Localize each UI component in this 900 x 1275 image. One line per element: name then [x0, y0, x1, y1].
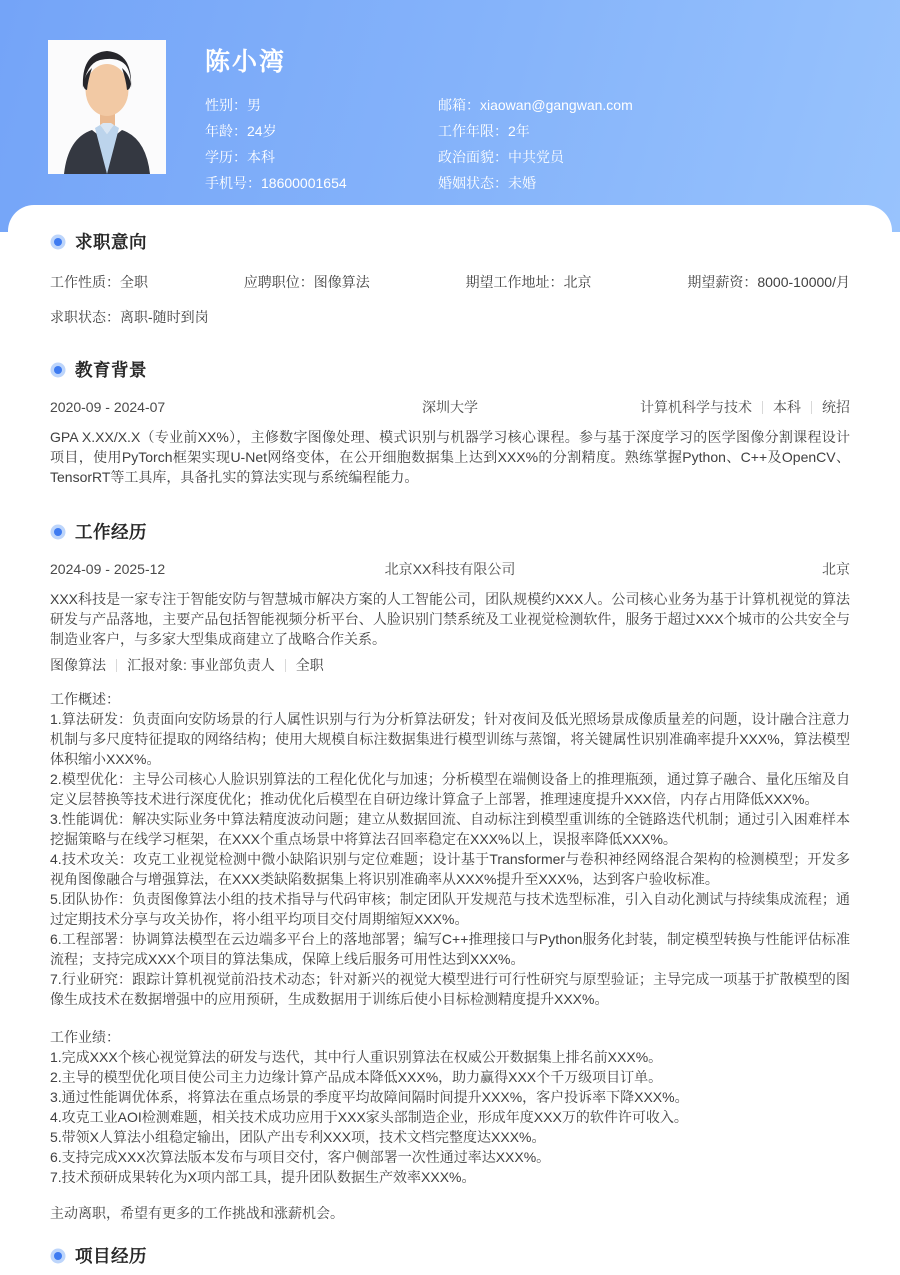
work-overview-item: 4.技术攻关：攻克工业视觉检测中微小缺陷识别与定位难题；设计基于Transfor…	[50, 849, 850, 889]
section-work-experience: 工作经历	[50, 521, 850, 543]
intent-position: 应聘职位：图像算法	[244, 275, 370, 290]
education-school: 深圳大学	[290, 399, 610, 415]
education-period: 2020-09 - 2024-07	[50, 399, 290, 415]
education-major: 计算机科学与技术	[640, 399, 752, 415]
candidate-name: 陈小湾	[205, 40, 852, 78]
work-overview-title: 工作概述：	[50, 689, 850, 709]
intent-salary: 期望薪资：8000-10000/月	[687, 275, 850, 290]
work-overview-item: 3.性能调优：解决实际业务中算法精度波动问题；建立从数据回流、自动标注到模型重训…	[50, 809, 850, 849]
section-project-experience: 项目经历	[50, 1245, 850, 1267]
intent-work-type: 工作性质：全职	[50, 275, 148, 290]
intent-location: 期望工作地址：北京	[466, 275, 592, 290]
section-bullet-icon	[54, 528, 62, 536]
work-overview-item: 7.行业研究：跟踪计算机视觉前沿技术动态；针对新兴的视觉大模型进行可行性研究与原…	[50, 969, 850, 1009]
education-enroll-type: 统招	[822, 399, 850, 415]
work-achievement-item: 7.技术预研成果转化为X项内部工具，提升团队数据生产效率XXX%。	[50, 1167, 850, 1187]
work-achievements-title: 工作业绩：	[50, 1027, 850, 1047]
field-political-status: 政治面貌：中共党员	[438, 150, 852, 165]
divider	[762, 401, 763, 414]
work-report-to: 汇报对象: 事业部负责人	[127, 657, 275, 673]
company-intro: XXX科技是一家专注于智能安防与智慧城市解决方案的人工智能公司，团队规模约XXX…	[50, 589, 850, 649]
work-meta-row: 2024-09 - 2025-12 北京XX科技有限公司 北京	[50, 561, 850, 577]
field-gender: 性别：男	[205, 98, 438, 113]
work-achievement-item: 6.支持完成XXX次算法版本发布与项目交付，客户侧部署一次性通过率达XXX%。	[50, 1147, 850, 1167]
section-title: 项目经历	[75, 1245, 147, 1267]
resume-body-card: 求职意向 工作性质：全职 应聘职位：图像算法 期望工作地址：北京 期望薪资：80…	[8, 205, 892, 1275]
work-achievement-item: 5.带领X人算法小组稳定输出，团队产出专利XXX项，技术文档完整度达XXX%。	[50, 1127, 850, 1147]
field-age: 年龄：24岁	[205, 124, 438, 139]
section-job-intention: 求职意向	[50, 231, 850, 253]
section-title: 求职意向	[75, 231, 147, 253]
section-title: 工作经历	[75, 521, 147, 543]
work-company: 北京XX科技有限公司	[290, 561, 610, 577]
header-banner: 陈小湾 性别：男 年龄：24岁 学历：本科 手机号：18600001654 邮箱…	[0, 0, 900, 232]
work-job-type: 全职	[296, 657, 324, 673]
field-degree: 学历：本科	[205, 150, 438, 165]
education-meta-row: 2020-09 - 2024-07 深圳大学 计算机科学与技术 本科 统招	[50, 399, 850, 415]
work-position-row: 图像算法 汇报对象: 事业部负责人 全职	[50, 657, 850, 673]
work-period: 2024-09 - 2025-12	[50, 561, 290, 577]
work-overview-item: 5.团队协作：负责图像算法小组的技术指导与代码审核；制定团队开发规范与技术选型标…	[50, 889, 850, 929]
work-achievement-item: 3.通过性能调优体系，将算法在重点场景的季度平均故障间隔时间提升XXX%，客户投…	[50, 1087, 850, 1107]
work-achievement-item: 2.主导的模型优化项目使公司主力边缘计算产品成本降低XXX%，助力赢得XXX个千…	[50, 1067, 850, 1087]
work-achievements: 工作业绩： 1.完成XXX个核心视觉算法的研发与迭代，其中行人重识别算法在权威公…	[50, 1027, 850, 1187]
section-bullet-icon	[54, 238, 62, 246]
divider	[116, 659, 117, 672]
work-position: 图像算法	[50, 657, 106, 673]
section-education: 教育背景	[50, 359, 850, 381]
work-overview-item: 6.工程部署：协调算法模型在云边端多平台上的落地部署；编写C++推理接口与Pyt…	[50, 929, 850, 969]
leave-reason: 主动离职，希望有更多的工作挑战和涨薪机会。	[50, 1205, 850, 1221]
section-bullet-icon	[54, 366, 62, 374]
id-photo-illustration	[48, 40, 166, 174]
intent-status: 求职状态：离职-随时到岗	[50, 310, 850, 325]
field-phone: 手机号：18600001654	[205, 176, 438, 191]
resume-page: { "theme": { "accent": "#3E7BF1", "accen…	[0, 0, 900, 1275]
divider	[811, 401, 812, 414]
work-overview-item: 1.算法研发：负责面向安防场景的行人属性识别与行为分析算法研发；针对夜间及低光照…	[50, 709, 850, 769]
section-bullet-icon	[54, 1252, 62, 1260]
work-achievement-item: 4.攻克工业AOI检测难题，相关技术成功应用于XXX家头部制造企业，形成年度XX…	[50, 1107, 850, 1127]
id-photo	[48, 40, 166, 174]
education-degree: 本科	[773, 399, 801, 415]
section-title: 教育背景	[75, 359, 147, 381]
work-overview-item: 2.模型优化：主导公司核心人脸识别算法的工程化优化与加速；分析模型在端侧设备上的…	[50, 769, 850, 809]
work-achievement-item: 1.完成XXX个核心视觉算法的研发与迭代，其中行人重识别算法在权威公开数据集上排…	[50, 1047, 850, 1067]
field-marital-status: 婚姻状态：未婚	[438, 176, 852, 191]
education-description: GPA X.XX/X.X（专业前XX%），主修数字图像处理、模式识别与机器学习核…	[50, 427, 850, 487]
field-email: 邮箱：xiaowan@gangwan.com	[438, 98, 852, 113]
work-location: 北京	[822, 561, 850, 577]
work-overview: 工作概述： 1.算法研发：负责面向安防场景的行人属性识别与行为分析算法研发；针对…	[50, 689, 850, 1009]
divider	[285, 659, 286, 672]
field-work-years: 工作年限：2年	[438, 124, 852, 139]
